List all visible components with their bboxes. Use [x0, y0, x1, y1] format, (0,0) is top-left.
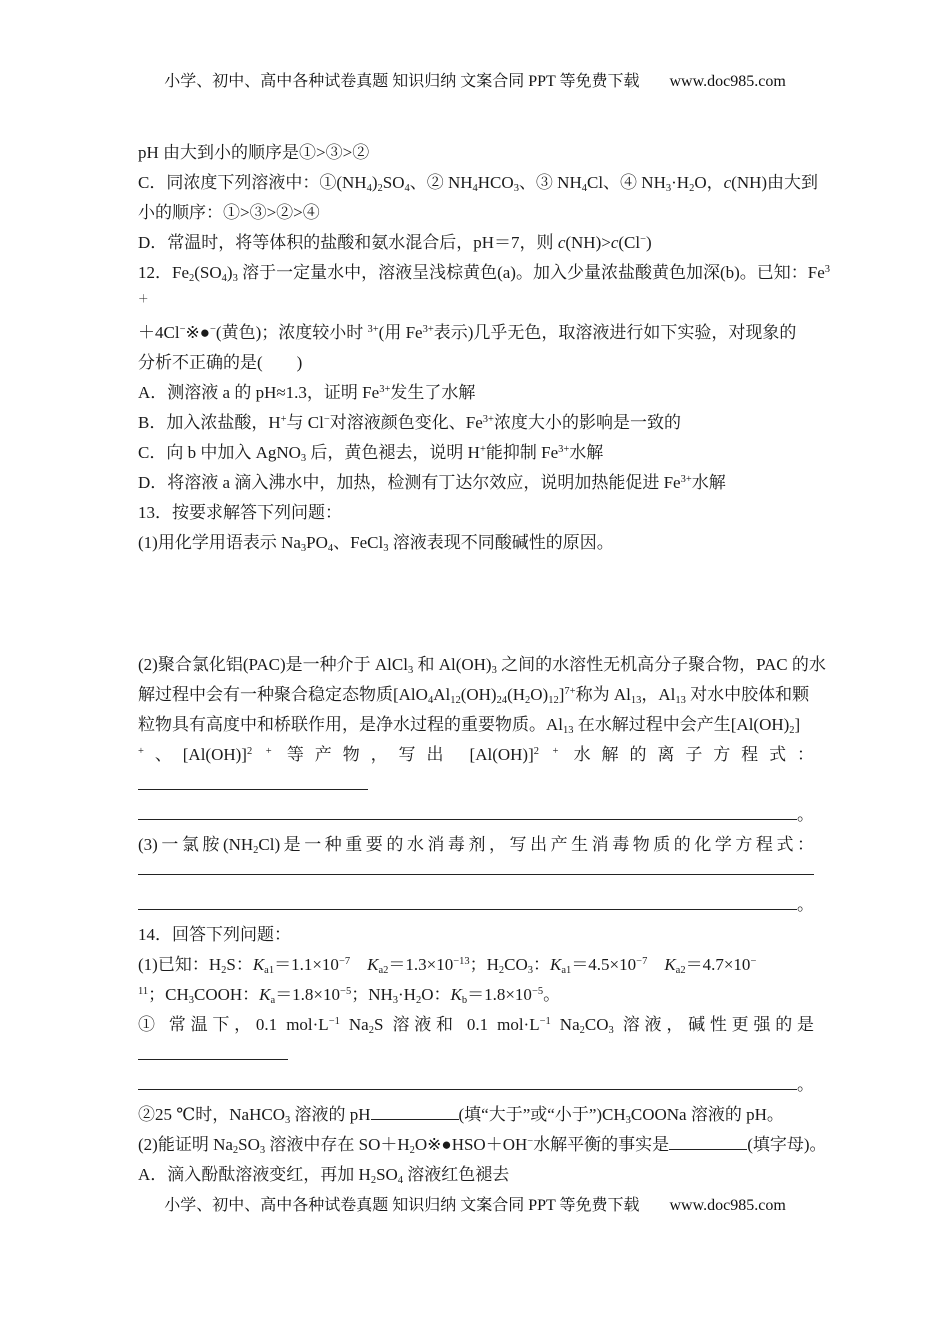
- text-run: [647, 955, 664, 974]
- question-13-intro: 13．按要求解答下列问题：: [138, 498, 814, 528]
- text-run: (NH)>: [565, 233, 610, 252]
- page-footer: 小学、初中、高中各种试卷真题 知识归纳 文案合同 PPT 等免费下载www.do…: [0, 1192, 950, 1215]
- text-run: Na: [340, 1015, 369, 1034]
- text-run: Na: [551, 1015, 580, 1034]
- text-run: CO: [504, 955, 528, 974]
- q14-part-1-blank-1: [138, 1040, 814, 1070]
- text-run: O：: [421, 985, 450, 1004]
- answer-blank: [138, 775, 368, 790]
- text-run: (1)已知：H: [138, 955, 221, 974]
- text-run: PO: [306, 533, 328, 552]
- document-page: 小学、初中、高中各种试卷真题 知识归纳 文案合同 PPT 等免费下载www.do…: [0, 0, 950, 1344]
- text-run: Al: [433, 685, 450, 704]
- document-body: pH 由大到小的顺序是①>③>②C．同浓度下列溶液中：①(NH4)2SO4、② …: [138, 138, 814, 1190]
- text-run: (2)聚合氯化铝(PAC)是一种介于 AlCl: [138, 655, 408, 674]
- text-run: (NH)由大到: [731, 173, 818, 192]
- q13-part-3: (3)一氯胺(NH2Cl)是一种重要的水消毒剂，写出产生消毒物质的化学方程式：: [138, 830, 814, 860]
- text-run: 水解的离子方程式：: [558, 745, 814, 764]
- q14-known-line-1: (1)已知：H2S：Ka1＝1.1×10−7 Ka2＝1.3×10−13；H2C…: [138, 950, 814, 980]
- text-run: 12．Fe: [138, 263, 189, 282]
- text-run: 浓度大小的影响是一致的: [494, 413, 681, 432]
- text-run: ＝1.1×10: [274, 955, 339, 974]
- question-12-line-4: 分析不正确的是( ): [138, 348, 814, 378]
- text-run: O※●HSO＋OH: [415, 1135, 527, 1154]
- text-run: ※●: [185, 323, 210, 342]
- subscript-text: a1: [561, 965, 571, 976]
- text-run: 溶液中存在 SO＋H: [265, 1135, 410, 1154]
- text-run: 。: [797, 1070, 814, 1100]
- text-run: (OH): [461, 685, 497, 704]
- superscript-text: −7: [339, 956, 350, 967]
- page-header: 小学、初中、高中各种试卷真题 知识归纳 文案合同 PPT 等免费下载www.do…: [0, 68, 950, 91]
- text-run: 粒物具有高度中和桥联作用，是净水过程的重要物质。Al: [138, 715, 563, 734]
- text-run: CO: [585, 1015, 609, 1034]
- text-run: 溶液，碱性更强的是: [614, 1015, 814, 1034]
- answer-order-line: pH 由大到小的顺序是①>③>②: [138, 138, 814, 168]
- answer-blank: [138, 860, 814, 875]
- text-run: D．常温时，将等体积的盐酸和氨水混合后，pH＝7，则: [138, 233, 558, 252]
- superscript-text: 2 +: [534, 746, 559, 757]
- text-run: COOH：: [194, 985, 259, 1004]
- subscript-text: a2: [676, 965, 686, 976]
- text-run: 。: [797, 890, 814, 920]
- answer-blank: [371, 1105, 459, 1120]
- option-c-line-1: C．同浓度下列溶液中：①(NH4)2SO4、② NH4HCO3、③ NH4Cl、…: [138, 168, 814, 198]
- text-run: [350, 955, 367, 974]
- text-run: pH 由大到小的顺序是①>③>②: [138, 143, 369, 162]
- text-run: 等产物，写出 [Al(OH)]: [272, 745, 534, 764]
- text-run: S：: [226, 955, 252, 974]
- text-run: 和 Al(OH): [413, 655, 491, 674]
- superscript-text: 3+: [423, 324, 434, 335]
- text-run: Cl、④ NH: [587, 173, 666, 192]
- text-run: 水解平衡的事实是: [533, 1135, 669, 1154]
- superscript-text: −5: [532, 986, 543, 997]
- footer-promo-text: 小学、初中、高中各种试卷真题 知识归纳 文案合同 PPT 等免费下载: [164, 1197, 639, 1214]
- q14-part-1-blank-2: 。: [138, 1070, 814, 1100]
- text-run: SO: [383, 173, 405, 192]
- text-run: (SO: [194, 263, 221, 282]
- text-run: S 溶液和 0.1 mol·L: [374, 1015, 540, 1034]
- superscript-text: 3+: [379, 384, 390, 395]
- q13-part-2-line-4: +、[Al(OH)]2 + 等产物，写出 [Al(OH)]2 + 水解的离子方程…: [138, 740, 814, 770]
- subscript-text: 12: [450, 695, 461, 706]
- text-run: ②25 ℃时，NaHCO: [138, 1105, 285, 1124]
- text-run: 、[Al(OH)]: [144, 745, 247, 764]
- text-run: HCO: [478, 173, 514, 192]
- text-run: 与 Cl: [287, 413, 324, 432]
- answer-blank: [138, 1075, 797, 1090]
- text-run: 13．按要求解答下列问题：: [138, 503, 342, 522]
- text-run: ；NH: [351, 985, 393, 1004]
- q14-part-1-sub-2: ②25 ℃时，NaHCO3 溶液的 pH(填“大于”或“小于”)CH3COONa…: [138, 1100, 814, 1130]
- text-run: 溶液表现不同酸碱性的原因。: [388, 533, 613, 552]
- text-run: 溶液红色褪去: [403, 1165, 509, 1184]
- text-run: (2)能证明 Na: [138, 1135, 233, 1154]
- q13-part-2-line-3: 粒物具有高度中和桥联作用，是净水过程的重要物质。Al13 在水解过程中会产生[A…: [138, 710, 814, 740]
- q14-known-line-2: 11；CH3COOH：Ka＝1.8×10−5；NH3·H2O：Kb＝1.8×10…: [138, 980, 814, 1010]
- subscript-text: 13: [631, 695, 642, 706]
- q14-part-2: (2)能证明 Na2SO3 溶液中存在 SO＋H2O※●HSO＋OH−水解平衡的…: [138, 1130, 814, 1160]
- italic-text-run: K: [451, 985, 462, 1004]
- text-run: SO: [238, 1135, 260, 1154]
- text-run: ·H: [671, 173, 689, 192]
- q14-part-2-option-a: A．滴入酚酞溶液变红，再加 H2SO4 溶液红色褪去: [138, 1160, 814, 1190]
- q13-part-3-blank-2: 。: [138, 890, 814, 920]
- text-run: 、FeCl: [333, 533, 383, 552]
- text-run: 后，黄色褪去，说明 H: [306, 443, 480, 462]
- text-run: C．向 b 中加入 AgNO: [138, 443, 301, 462]
- text-run: (用 Fe: [379, 323, 423, 342]
- answer-blank: [138, 1045, 288, 1060]
- q13-part-1: (1)用化学用语表示 Na3PO4、FeCl3 溶液表现不同酸碱性的原因。: [138, 528, 814, 558]
- superscript-text: 3+: [483, 414, 494, 425]
- text-run: ；H: [470, 955, 499, 974]
- superscript-text: 3+: [558, 444, 569, 455]
- superscript-text: −7: [636, 956, 647, 967]
- text-run: COONa 溶液的 pH。: [631, 1105, 784, 1124]
- italic-text-run: K: [550, 955, 561, 974]
- text-run: (H: [507, 685, 525, 704]
- text-run: 分析不正确的是( ): [138, 353, 302, 372]
- superscript-text: 3: [825, 264, 830, 275]
- superscript-text: 3+: [368, 324, 379, 335]
- text-run: Cl)是一种重要的水消毒剂，写出产生消毒物质的化学方程式：: [258, 835, 814, 854]
- q13-part-2-line-1: (2)聚合氯化铝(PAC)是一种介于 AlCl3 和 Al(OH)3 之间的水溶…: [138, 650, 814, 680]
- text-run: 称为 Al: [576, 685, 631, 704]
- text-run: 对水中胶体和颗: [686, 685, 809, 704]
- text-run: A．测溶液 a 的 pH≈1.3，证明 Fe: [138, 383, 379, 402]
- text-run: 、② NH: [410, 173, 473, 192]
- q12-option-d: D．将溶液 a 滴入沸水中，加热，检测有丁达尔效应，说明加热能促进 Fe3+水解: [138, 468, 814, 498]
- q13-part-2-line-2: 解过程中会有一种聚合稳定态物质[AlO4Al12(OH)24(H2O)12]7+…: [138, 680, 814, 710]
- superscript-text: 7+: [564, 686, 575, 697]
- text-run: (填字母)。: [747, 1135, 826, 1154]
- text-run: (填“大于”或“小于”)CH: [459, 1105, 626, 1124]
- superscript-text: −1: [329, 1016, 340, 1027]
- subscript-text: a1: [264, 965, 274, 976]
- text-run: 。: [797, 800, 814, 830]
- superscript-text: −5: [340, 986, 351, 997]
- text-run: 能抑制 Fe: [486, 443, 558, 462]
- text-run: (Cl: [618, 233, 640, 252]
- question-12-line-2: ＋: [138, 288, 814, 318]
- answer-blank: [669, 1135, 747, 1150]
- text-run: 发生了水解: [390, 383, 475, 402]
- text-run: 14．回答下列问题：: [138, 925, 291, 944]
- answer-space: [138, 558, 814, 650]
- subscript-text: 12: [548, 695, 559, 706]
- text-run: ① 常温下，0.1 mol·L: [138, 1015, 329, 1034]
- superscript-text: −13: [453, 956, 469, 967]
- text-run: ＝1.3×10: [388, 955, 453, 974]
- text-run: C．同浓度下列溶液中：①(NH: [138, 173, 367, 192]
- text-run: O): [530, 685, 548, 704]
- q13-part-3-blank-1: [138, 860, 814, 890]
- italic-text-run: K: [253, 955, 264, 974]
- text-run: 解过程中会有一种聚合稳定态物质[AlO: [138, 685, 428, 704]
- text-run: 小的顺序：①>③>②>④: [138, 203, 320, 222]
- text-run: (黄色)；浓度较小时: [216, 323, 368, 342]
- text-run: ＝1.8×10: [275, 985, 340, 1004]
- text-run: (1)用化学用语表示 Na: [138, 533, 301, 552]
- q13-part-2-blank-2: 。: [138, 800, 814, 830]
- text-run: 。: [543, 985, 560, 1004]
- superscript-text: −: [750, 956, 756, 967]
- text-run: D．将溶液 a 滴入沸水中，加热，检测有丁达尔效应，说明加热能促进 Fe: [138, 473, 681, 492]
- subscript-text: 13: [563, 725, 574, 736]
- text-run: 在水解过程中会产生[Al(OH): [574, 715, 790, 734]
- text-run: 表示)几乎无色，取溶液进行如下实验，对现象的: [434, 323, 797, 342]
- text-run: SO: [376, 1165, 398, 1184]
- q12-option-b: B．加入浓盐酸，H+与 Cl−对溶液颜色变化、Fe3+浓度大小的影响是一致的: [138, 408, 814, 438]
- text-run: ；CH: [148, 985, 189, 1004]
- text-run: B．加入浓盐酸，H: [138, 413, 281, 432]
- superscript-text: 11: [138, 986, 148, 997]
- header-url-link[interactable]: www.doc985.com: [670, 73, 786, 90]
- subscript-text: a2: [378, 965, 388, 976]
- text-run: ＋4Cl: [138, 323, 180, 342]
- text-run: 水解: [692, 473, 726, 492]
- text-run: O，: [694, 173, 723, 192]
- text-run: 、③ NH: [519, 173, 582, 192]
- superscript-text: ＋: [138, 294, 149, 305]
- text-run: 之间的水溶性无机高分子聚合物，PAC 的水: [497, 655, 826, 674]
- option-c-line-2: 小的顺序：①>③>②>④: [138, 198, 814, 228]
- text-run: ，Al: [641, 685, 675, 704]
- option-d-line: D．常温时，将等体积的盐酸和氨水混合后，pH＝7，则 c(NH)>c(Cl−): [138, 228, 814, 258]
- header-promo-text: 小学、初中、高中各种试卷真题 知识归纳 文案合同 PPT 等免费下载: [164, 73, 639, 90]
- subscript-text: 24: [497, 695, 508, 706]
- question-14-intro: 14．回答下列问题：: [138, 920, 814, 950]
- superscript-text: 3+: [681, 474, 692, 485]
- italic-text-run: K: [367, 955, 378, 974]
- q13-part-2-blank-1: [138, 770, 814, 800]
- q12-option-c: C．向 b 中加入 AgNO3 后，黄色褪去，说明 H+能抑制 Fe3+水解: [138, 438, 814, 468]
- answer-blank: [138, 895, 797, 910]
- text-run: 对溶液颜色变化、Fe: [330, 413, 483, 432]
- q14-part-1-sub-1: ① 常温下，0.1 mol·L−1 Na2S 溶液和 0.1 mol·L−1 N…: [138, 1010, 814, 1040]
- italic-text-run: K: [664, 955, 675, 974]
- text-run: ]: [795, 715, 801, 734]
- text-run: 溶液的 pH: [290, 1105, 370, 1124]
- answer-blank: [138, 805, 797, 820]
- text-run: ): [646, 233, 652, 252]
- superscript-text: −1: [540, 1016, 551, 1027]
- subscript-text: 13: [675, 695, 686, 706]
- question-12-line-3: ＋4Cl−※●−(黄色)；浓度较小时 3+(用 Fe3+表示)几乎无色，取溶液进…: [138, 318, 814, 348]
- italic-text-run: K: [259, 985, 270, 1004]
- question-12-line-1: 12．Fe2(SO4)3 溶于一定量水中，溶液呈浅棕黄色(a)。加入少量浓盐酸黄…: [138, 258, 814, 288]
- footer-url-link[interactable]: www.doc985.com: [670, 1197, 786, 1214]
- text-run: A．滴入酚酞溶液变红，再加 H: [138, 1165, 371, 1184]
- superscript-text: 2 +: [247, 746, 272, 757]
- text-run: (3)一氯胺(NH: [138, 835, 253, 854]
- text-run: ：: [533, 955, 550, 974]
- text-run: 溶于一定量水中，溶液呈浅棕黄色(a)。加入少量浓盐酸黄色加深(b)。已知：Fe: [238, 263, 825, 282]
- text-run: 水解: [569, 443, 603, 462]
- text-run: ＝4.5×10: [571, 955, 636, 974]
- q12-option-a: A．测溶液 a 的 pH≈1.3，证明 Fe3+发生了水解: [138, 378, 814, 408]
- text-run: ·H: [398, 985, 416, 1004]
- text-run: ＝1.8×10: [467, 985, 532, 1004]
- text-run: ＝4.7×10: [686, 955, 751, 974]
